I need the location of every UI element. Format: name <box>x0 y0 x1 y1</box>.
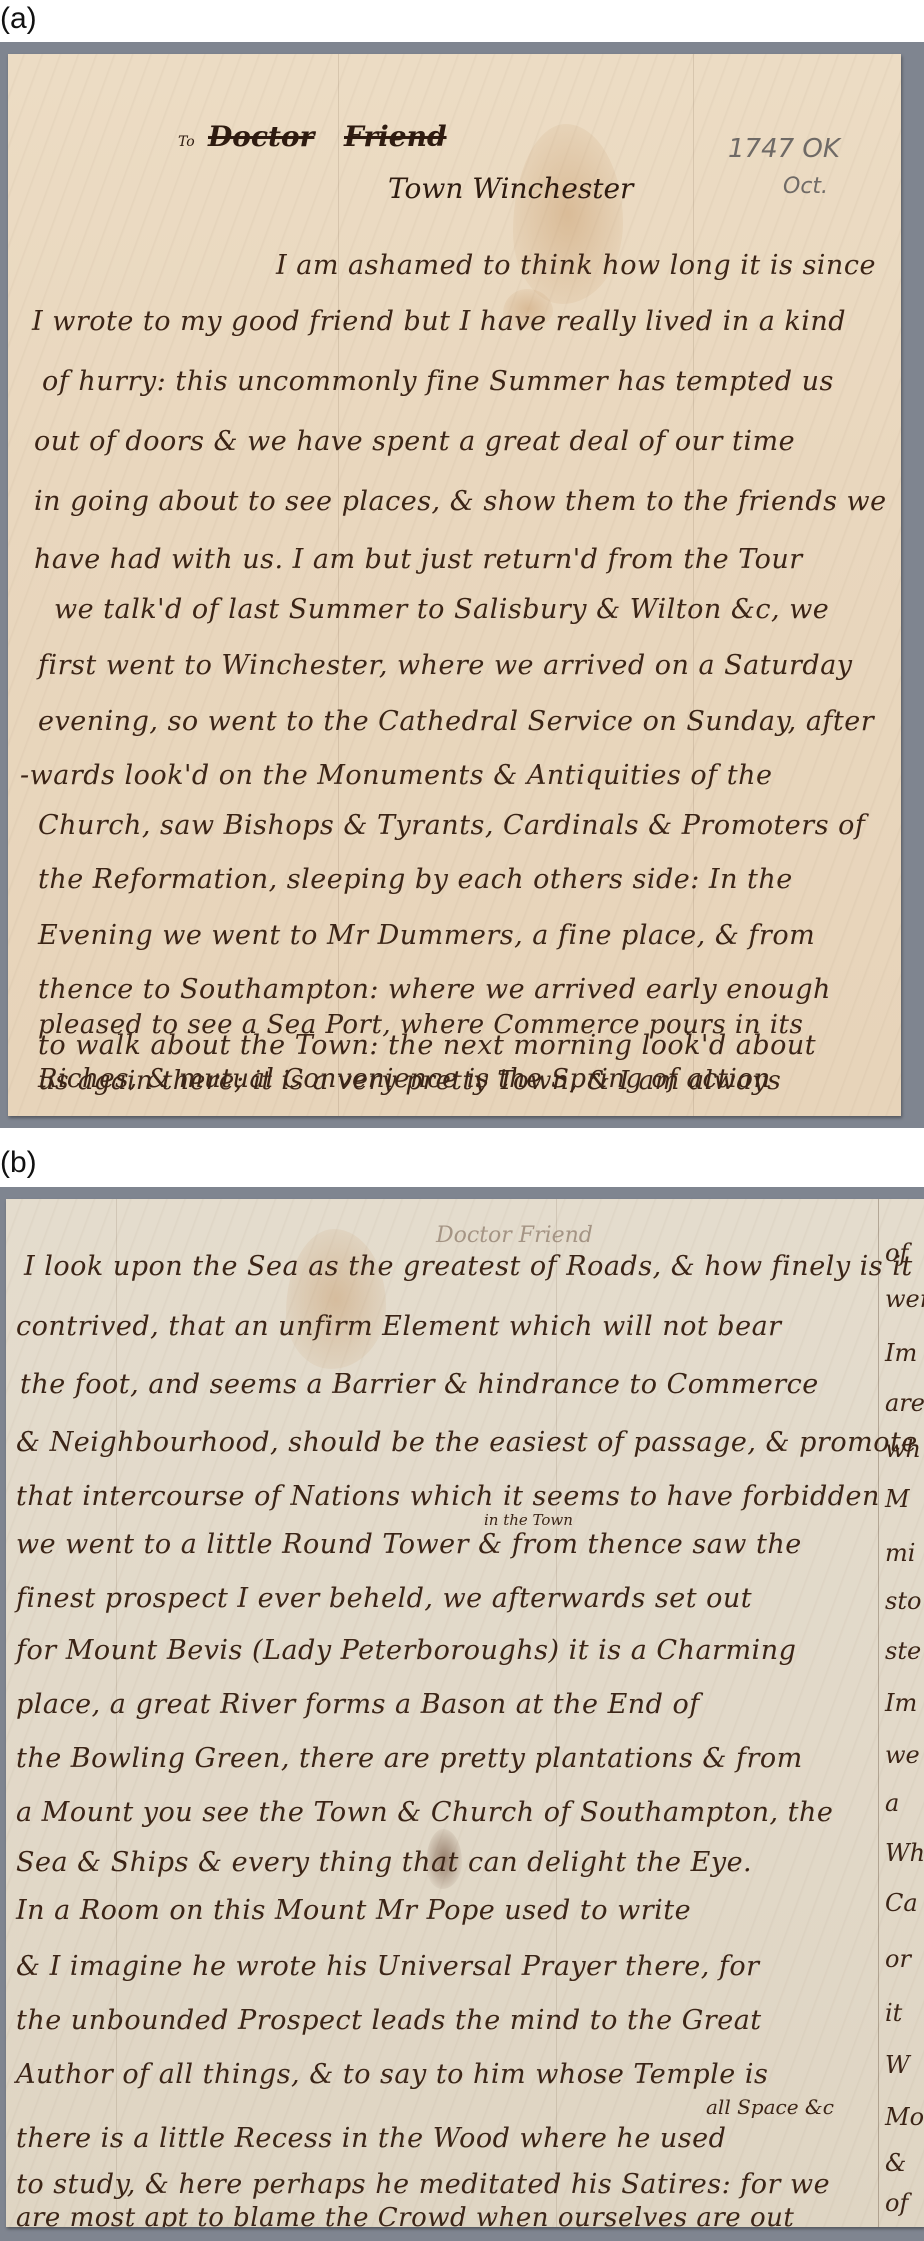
facing-page-word: of <box>885 1239 908 1267</box>
manuscript-line: & I imagine he wrote his Universal Praye… <box>16 1951 760 1982</box>
manuscript-line: finest prospect I ever beheld, we afterw… <box>16 1583 752 1614</box>
manuscript-line: first went to Winchester, where we arriv… <box>38 650 853 681</box>
insertion-all-space: all Space &c <box>706 2095 834 2119</box>
manuscript-line: we talk'd of last Summer to Salisbury & … <box>54 594 829 625</box>
manuscript-line: contrived, that an unfirm Element which … <box>16 1311 782 1342</box>
manuscript-line: Evening we went to Mr Dummers, a fine pl… <box>38 920 815 951</box>
facing-page-word: M <box>885 1485 910 1513</box>
manuscript-line: Church, saw Bishops & Tyrants, Cardinals… <box>38 810 865 841</box>
panel-a-label: (a) <box>0 4 37 34</box>
facing-page-word: we <box>885 1741 920 1769</box>
insertion-in-the-town: in the Town <box>484 1511 573 1529</box>
facing-page-word: or <box>885 1945 911 1973</box>
manuscript-line: In a Room on this Mount Mr Pope used to … <box>16 1895 691 1926</box>
manuscript-line: are most apt to blame the Crowd when our… <box>16 2203 794 2227</box>
manuscript-line: I am ashamed to think how long it is sin… <box>276 250 876 281</box>
facing-page-word: Wh <box>885 1839 924 1867</box>
manuscript-line: evening, so went to the Cathedral Servic… <box>38 706 874 737</box>
facing-page-word: Im <box>885 1689 917 1717</box>
pencil-date-note: 1747 OK <box>728 134 840 164</box>
manuscript-page-a: To Doctor Friend Town Winchester 1747 OK… <box>8 54 901 1116</box>
facing-page-edge: of wer Im are wh M mi sto ste Im we a Wh… <box>878 1199 924 2227</box>
manuscript-line: the Bowling Green, there are pretty plan… <box>16 1743 803 1774</box>
address-place: Town Winchester <box>388 172 633 205</box>
panel-b-label: (b) <box>0 1148 37 1178</box>
manuscript-line: for Mount Bevis (Lady Peterboroughs) it … <box>16 1635 796 1666</box>
manuscript-line: have had with us. I am but just return'd… <box>34 544 803 575</box>
manuscript-line: & Neighbourhood, should be the easiest o… <box>16 1427 918 1458</box>
manuscript-line: I wrote to my good friend but I have rea… <box>32 306 846 337</box>
manuscript-line: there is a little Recess in the Wood whe… <box>16 2123 726 2154</box>
facing-page-word: & <box>885 2149 906 2177</box>
manuscript-line: Sea & Ships & every thing that can delig… <box>16 1847 752 1878</box>
bleed-through-heading: Doctor Friend <box>436 1223 593 1248</box>
manuscript-line: out of doors & we have spent a great dea… <box>34 426 795 457</box>
fold-line <box>693 54 694 1116</box>
facing-page-word: are <box>885 1389 924 1417</box>
manuscript-line: a Mount you see the Town & Church of Sou… <box>16 1797 833 1828</box>
facing-page-word: mi <box>885 1539 915 1567</box>
panel-b-scan: Doctor Friend I look upon the Sea as the… <box>0 1187 924 2241</box>
manuscript-line: that intercourse of Nations which it see… <box>16 1481 880 1512</box>
struck-address-name: Doctor <box>208 120 314 153</box>
facing-page-word: Mo <box>885 2103 924 2131</box>
facing-page-word: W <box>885 2051 910 2079</box>
ink-bleed-through <box>8 54 901 1116</box>
facing-page-word: wer <box>885 1285 924 1313</box>
manuscript-line: in going about to see places, & show the… <box>34 486 887 517</box>
manuscript-line: Author of all things, & to say to him wh… <box>16 2059 768 2090</box>
manuscript-line: to study, & here perhaps he meditated hi… <box>16 2169 830 2200</box>
fold-line <box>338 54 339 1116</box>
facing-page-word: a <box>885 1789 899 1817</box>
facing-page-word: sto <box>885 1587 921 1615</box>
facing-page-word: it <box>885 1999 902 2027</box>
manuscript-line: pleased to see a Sea Port, where Commerc… <box>38 1010 803 1040</box>
manuscript-page-b: Doctor Friend I look upon the Sea as the… <box>6 1199 924 2227</box>
address-prefix: To <box>178 134 195 150</box>
facing-page-word: wh <box>885 1435 921 1463</box>
manuscript-line: thence to Southampton: where we arrived … <box>38 974 831 1005</box>
manuscript-line: the foot, and seems a Barrier & hindranc… <box>20 1369 819 1400</box>
manuscript-line: of hurry: this uncommonly fine Summer ha… <box>42 366 834 397</box>
facing-page-word: ste <box>885 1637 921 1665</box>
manuscript-line: -wards look'd on the Monuments & Antiqui… <box>20 760 772 791</box>
manuscript-line: I look upon the Sea as the greatest of R… <box>24 1251 913 1282</box>
manuscript-line: we went to a little Round Tower & from t… <box>16 1529 802 1560</box>
manuscript-line: place, a great River forms a Bason at th… <box>16 1689 700 1720</box>
manuscript-line: the Reformation, sleeping by each others… <box>38 864 793 895</box>
facing-page-word: of <box>885 2189 908 2217</box>
facing-page-word: Im <box>885 1339 917 1367</box>
manuscript-line: the unbounded Prospect leads the mind to… <box>16 2005 762 2036</box>
struck-address-name-2: Friend <box>344 120 447 153</box>
panel-a-scan: To Doctor Friend Town Winchester 1747 OK… <box>0 42 924 1128</box>
facing-page-word: Ca <box>885 1889 918 1917</box>
manuscript-line: Riches, & mutual Convenience is the Spri… <box>38 1064 771 1094</box>
pencil-month-note: Oct. <box>783 174 828 199</box>
